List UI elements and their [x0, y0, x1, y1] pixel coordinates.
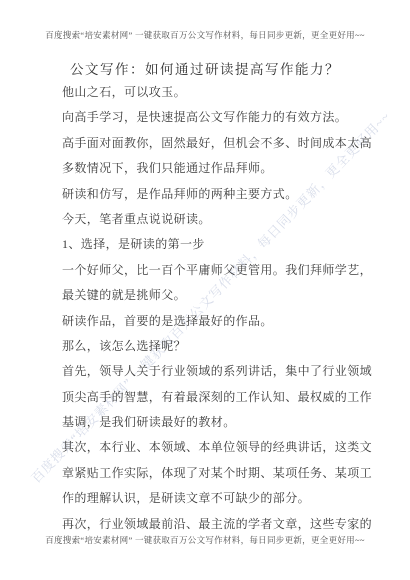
text-line: 其次，本行业、本领域、本单位领导的经典讲话，这类文 [62, 435, 362, 460]
page-title: 公文写作：如何通过研读提高写作能力？ [0, 58, 410, 78]
text-line: 1、选择，是研读的第一步 [62, 232, 362, 257]
text-line: 研读作品，首要的是选择最好的作品。 [62, 309, 362, 334]
text-line: 研读和仿写，是作品拜师的两种主要方式。 [62, 182, 362, 207]
text-line: 向高手学习，是快速提高公文写作能力的有效方法。 [62, 105, 362, 130]
text-line: 那么，该怎么选择呢？ [62, 334, 362, 359]
text-line: 章紧贴工作实际，体现了对某个时期、某项任务、某项工 [62, 461, 362, 486]
text-line: 最关键的就是挑师父。 [62, 283, 362, 308]
text-line: 今天，笔者重点说说研读。 [62, 207, 362, 232]
footer-promo-text: 百度搜索“培安素材网” 一键获取百万公文写作材料，每日同步更新，更全更好用~~ [0, 534, 410, 546]
text-line: 他山之石，可以攻玉。 [62, 80, 362, 105]
text-line: 基调，是我们研读最好的教材。 [62, 410, 362, 435]
text-line: 一个好师父，比一百个平庸师父更管用。我们拜师学艺， [62, 258, 362, 283]
header-promo-text: 百度搜索“培安素材网” 一键获取百万公文写作材料，每日同步更新，更全更好用~~ [0, 29, 410, 41]
text-line: 多数情况下，我们只能通过作品拜师。 [62, 156, 362, 181]
text-line: 作的理解认识，是研读文章不可缺少的部分。 [62, 486, 362, 511]
document-lines: 他山之石，可以攻玉。向高手学习，是快速提高公文写作能力的有效方法。高手面对面教你… [62, 80, 362, 537]
document-page: 百度搜索“培安素材网” 一键获取百万公文写作材料，每日同步更新，更全更好用~~ … [0, 0, 410, 580]
text-line: 高手面对面教你，固然最好，但机会不多、时间成本太高 [62, 131, 362, 156]
text-line: 顶尖高手的智慧，有着最深刻的工作认知、最权威的工作 [62, 385, 362, 410]
text-line: 首先，领导人关于行业领域的系列讲话，集中了行业领域 [62, 359, 362, 384]
